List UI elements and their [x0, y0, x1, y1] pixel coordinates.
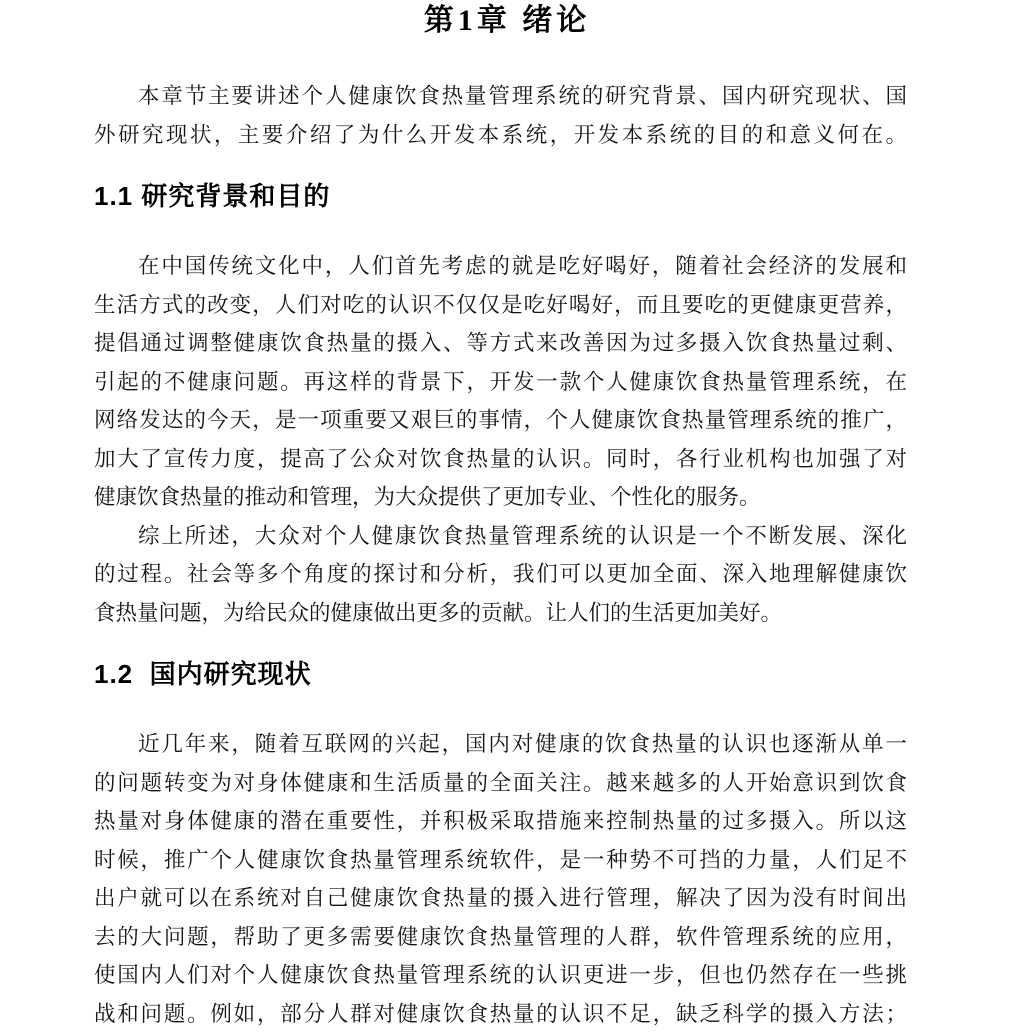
section-heading: 1.1 研究背景和目的 [94, 178, 907, 214]
paragraph-line: 的过程。社会等多个角度的探讨和分析，我们可以更加全面、深入地理解健康饮 [94, 555, 907, 594]
paragraph-line: 健康饮食热量的推动和管理，为大众提供了更加专业、个性化的服务。 [94, 478, 907, 517]
paragraph-line: 时候，推广个人健康饮食热量管理系统软件，是一种势不可挡的力量，人们足不 [94, 841, 907, 880]
paragraph: 在中国传统文化中，人们首先考虑的就是吃好喝好，随着社会经济的发展和生活方式的改变… [94, 247, 907, 517]
paragraph-line: 近几年来，随着互联网的兴起，国内对健康的饮食热量的认识也逐渐从单一 [94, 725, 907, 764]
document-content: 本章节主要讲述个人健康饮食热量管理系统的研究背景、国内研究现状、国外研究现状，主… [94, 77, 907, 1033]
document-page: 第1章 绪论 本章节主要讲述个人健康饮食热量管理系统的研究背景、国内研究现状、国… [0, 2, 1010, 1035]
paragraph: 本章节主要讲述个人健康饮食热量管理系统的研究背景、国内研究现状、国外研究现状，主… [94, 77, 907, 154]
paragraph-line: 出户就可以在系统对自己健康饮食热量的摄入进行管理，解决了因为没有时间出 [94, 879, 907, 918]
chapter-title: 第1章 绪论 [94, 2, 907, 40]
paragraph-line: 去的大问题，帮助了更多需要健康饮食热量管理的人群，软件管理系统的应用， [94, 918, 907, 957]
paragraph-line: 综上所述，大众对个人健康饮食热量管理系统的认识是一个不断发展、深化 [94, 517, 907, 556]
paragraph-line: 本章节主要讲述个人健康饮食热量管理系统的研究背景、国内研究现状、国 [94, 77, 907, 116]
section-heading: 1.2 国内研究现状 [94, 656, 907, 692]
paragraph-line: 食热量问题，为给民众的健康做出更多的贡献。让人们的生活更加美好。 [94, 594, 907, 633]
paragraph-line: 热量对身体健康的潜在重要性，并积极采取措施来控制热量的过多摄入。所以这 [94, 802, 907, 841]
paragraph-line: 加大了宣传力度，提高了公众对饮食热量的认识。同时，各行业机构也加强了对 [94, 440, 907, 479]
paragraph-line: 战和问题。例如，部分人群对健康饮食热量的认识不足，缺乏科学的摄入方法； [94, 995, 907, 1034]
paragraph-line: 引起的不健康问题。再这样的背景下，开发一款个人健康饮食热量管理系统，在 [94, 363, 907, 402]
paragraph-line: 使国内人们对个人健康饮食热量管理系统的认识更进一步，但也仍然存在一些挑 [94, 956, 907, 995]
paragraph: 综上所述，大众对个人健康饮食热量管理系统的认识是一个不断发展、深化的过程。社会等… [94, 517, 907, 633]
paragraph-line: 的问题转变为对身体健康和生活质量的全面关注。越来越多的人开始意识到饮食 [94, 764, 907, 803]
paragraph-line: 生活方式的改变，人们对吃的认识不仅仅是吃好喝好，而且要吃的更健康更营养， [94, 286, 907, 325]
paragraph-line: 网络发达的今天，是一项重要又艰巨的事情，个人健康饮食热量管理系统的推广， [94, 401, 907, 440]
paragraph-line: 提倡通过调整健康饮食热量的摄入、等方式来改善因为过多摄入饮食热量过剩、 [94, 324, 907, 363]
paragraph-line: 外研究现状，主要介绍了为什么开发本系统，开发本系统的目的和意义何在。 [94, 116, 907, 155]
paragraph: 近几年来，随着互联网的兴起，国内对健康的饮食热量的认识也逐渐从单一的问题转变为对… [94, 725, 907, 1033]
paragraph-line: 在中国传统文化中，人们首先考虑的就是吃好喝好，随着社会经济的发展和 [94, 247, 907, 286]
